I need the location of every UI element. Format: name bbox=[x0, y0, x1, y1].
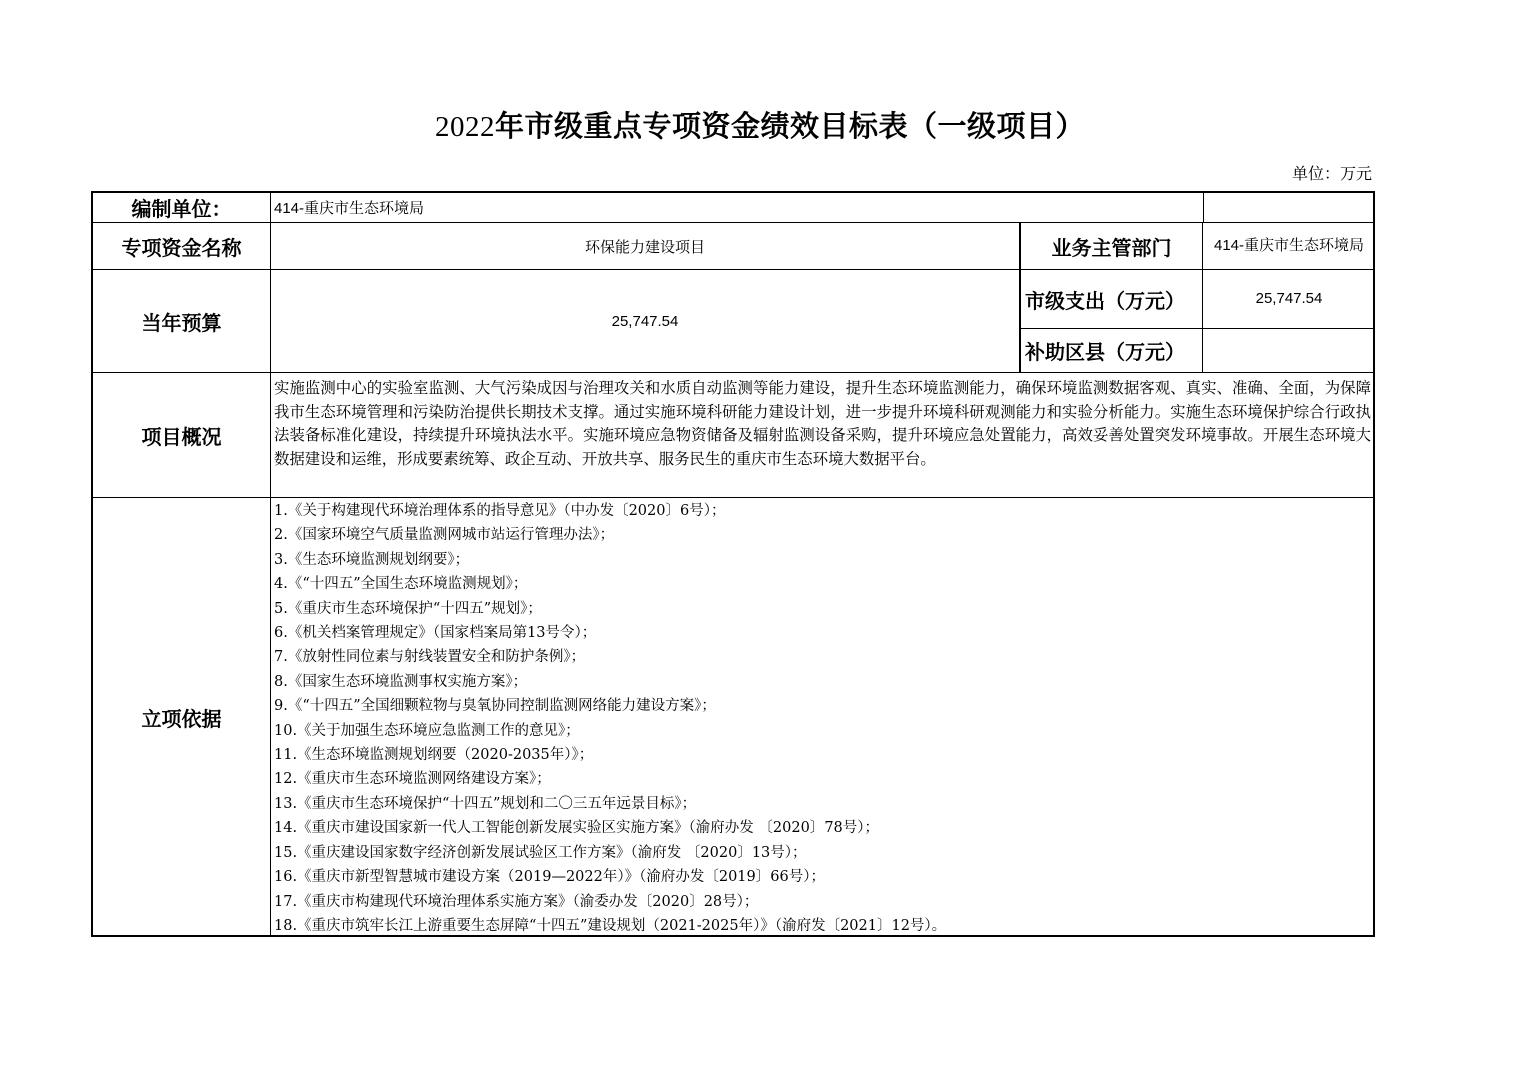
fund-name-value: 环保能力建设项目 bbox=[271, 223, 1020, 270]
basis-item: 6.《机关档案管理规定》（国家档案局第13号令）； bbox=[274, 621, 1375, 645]
basis-item: 10.《关于加强生态环境应急监测工作的意见》； bbox=[274, 719, 1375, 743]
overview-label: 项目概况 bbox=[93, 373, 271, 498]
basis-item: 11.《生态环境监测规划纲要（2020-2035年）》； bbox=[274, 743, 1375, 767]
title-text: 年市级重点专项资金绩效目标表（一级项目） bbox=[495, 109, 1085, 143]
city-expense-value: 25,747.54 bbox=[1203, 270, 1375, 329]
fund-name-label: 专项资金名称 bbox=[93, 223, 271, 270]
basis-item: 17.《重庆市构建现代环境治理体系实施方案》（渝委办发〔2020〕28号）； bbox=[274, 890, 1375, 914]
basis-item: 9.《“十四五”全国细颗粒物与臭氧协同控制监测网络能力建设方案》； bbox=[274, 694, 1375, 718]
budget-label: 当年预算 bbox=[93, 270, 271, 373]
basis-label-text: 立项依据 bbox=[142, 703, 222, 732]
compiler-label: 编制单位： bbox=[93, 193, 271, 223]
budget-value-text: 25,747.54 bbox=[612, 313, 679, 330]
budget-value: 25,747.54 bbox=[271, 270, 1020, 373]
basis-item: 8.《国家生态环境监测事权实施方案》； bbox=[274, 670, 1375, 694]
basis-list: 1.《关于构建现代环境治理体系的指导意见》（中办发〔2020〕6号）； 2.《国… bbox=[271, 498, 1375, 937]
title-year: 2022 bbox=[435, 111, 495, 143]
district-subsidy-label: 补助区县（万元） bbox=[1020, 329, 1203, 373]
basis-item: 2.《国家环境空气质量监测网城市站运行管理办法》； bbox=[274, 523, 1375, 547]
dept-value: 414-重庆市生态环境局 bbox=[1203, 223, 1375, 270]
performance-target-table: 编制单位： 414-重庆市生态环境局 专项资金名称 环保能力建设项目 业务主管部… bbox=[91, 191, 1375, 937]
basis-item: 14.《重庆市建设国家新一代人工智能创新发展实验区实施方案》（渝府办发 〔202… bbox=[274, 816, 1375, 840]
overview-text: 实施监测中心的实验室监测、大气污染成因与治理攻关和水质自动监测等能力建设，提升生… bbox=[271, 373, 1375, 498]
basis-item: 4.《“十四五”全国生态环境监测规划》； bbox=[274, 572, 1375, 596]
compiler-value: 414-重庆市生态环境局 bbox=[271, 193, 1203, 223]
basis-item: 18.《重庆市筑牢长江上游重要生态屏障“十四五”建设规划（2021-2025年）… bbox=[274, 914, 1375, 938]
basis-item: 13.《重庆市生态环境保护“十四五”规划和二〇三五年远景目标》； bbox=[274, 792, 1375, 816]
basis-item: 7.《放射性同位素与射线装置安全和防护条例》； bbox=[274, 645, 1375, 669]
fund-name-label-text: 专项资金名称 bbox=[122, 232, 242, 261]
city-expense-label-text: 市级支出（万元） bbox=[1025, 285, 1185, 314]
unit-label: 单位：万元 bbox=[1292, 161, 1372, 184]
district-subsidy-label-text: 补助区县（万元） bbox=[1025, 336, 1185, 365]
basis-item: 16.《重庆市新型智慧城市建设方案（2019—2022年）》（渝府办发〔2019… bbox=[274, 865, 1375, 889]
page-title: 2022年市级重点专项资金绩效目标表（一级项目） bbox=[0, 104, 1520, 145]
basis-item: 5.《重庆市生态环境保护“十四五”规划》； bbox=[274, 597, 1375, 621]
basis-item: 15.《重庆建设国家数字经济创新发展试验区工作方案》（渝府发 〔2020〕13号… bbox=[274, 841, 1375, 865]
fund-name-value-text: 环保能力建设项目 bbox=[585, 236, 705, 257]
compiler-extra-cell bbox=[1203, 193, 1375, 223]
dept-label-text: 业务主管部门 bbox=[1052, 232, 1172, 261]
basis-item: 1.《关于构建现代环境治理体系的指导意见》（中办发〔2020〕6号）； bbox=[274, 499, 1375, 523]
dept-label: 业务主管部门 bbox=[1020, 223, 1203, 270]
compiler-label-text: 编制单位： bbox=[132, 193, 232, 222]
basis-item: 3.《生态环境监测规划纲要》； bbox=[274, 548, 1375, 572]
city-expense-label: 市级支出（万元） bbox=[1020, 270, 1203, 329]
city-expense-value-text: 25,747.54 bbox=[1256, 290, 1323, 307]
basis-label: 立项依据 bbox=[93, 498, 271, 937]
basis-item: 12.《重庆市生态环境监测网络建设方案》； bbox=[274, 767, 1375, 791]
dept-value-text: 414-重庆市生态环境局 bbox=[1214, 236, 1364, 256]
overview-label-text: 项目概况 bbox=[142, 421, 222, 450]
compiler-value-text: 414-重庆市生态环境局 bbox=[274, 197, 424, 218]
budget-label-text: 当年预算 bbox=[142, 307, 222, 336]
district-subsidy-value bbox=[1203, 329, 1375, 373]
